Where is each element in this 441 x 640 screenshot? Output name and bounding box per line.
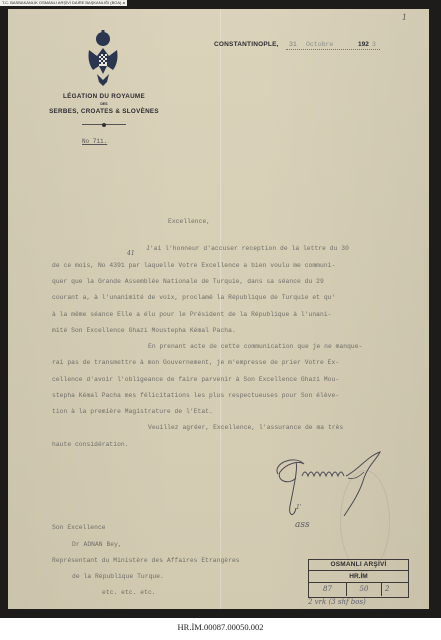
body-line: à la même séance Elle a élu pour le Prés… bbox=[52, 311, 332, 318]
fold-line bbox=[220, 9, 221, 609]
closing-line: Veuillez agréer, Excellence, l'assurance… bbox=[148, 424, 343, 431]
body-line: stepha Kémal Pacha mes félicitations les… bbox=[52, 392, 339, 399]
archive-stamp-cell: 2 bbox=[382, 583, 408, 596]
addressee-line: Son Excellence bbox=[52, 524, 106, 531]
date-year-suffix: 3 bbox=[372, 41, 376, 48]
document-caption: HR.İM.00087.00050.002 bbox=[0, 622, 441, 632]
addressee-line: etc. etc. etc. bbox=[102, 589, 156, 596]
archive-stamp-cells: 87 50 2 bbox=[309, 583, 408, 596]
date-dotted-line bbox=[286, 49, 380, 50]
body-line: quer que la Grande Assemblée Nationale d… bbox=[52, 278, 324, 285]
archive-banner: T.C. BASBAKANLIK OSMANLI ARŞİVİ DAİRE BA… bbox=[0, 0, 127, 6]
body-line: En prenant acte de cette communication q… bbox=[148, 343, 362, 350]
margin-note: 1' bbox=[296, 504, 301, 511]
archive-stamp-cell: 87 bbox=[309, 583, 347, 596]
dateline-place: CONSTANTINOPLE, bbox=[214, 41, 279, 48]
body-line: rai pas de transmettre à mon Gouvernemen… bbox=[52, 359, 339, 366]
archive-stamp-title: OSMANLI ARŞİVİ bbox=[309, 560, 408, 571]
margin-note: ass bbox=[295, 520, 310, 530]
body-line: de ce mois, No 4391 par laquelle Votre E… bbox=[52, 262, 335, 269]
archive-stamp-cell: 50 bbox=[347, 583, 382, 596]
body-line: tion à la première Magistrature de l'Eta… bbox=[52, 408, 213, 415]
ornament-dot bbox=[102, 123, 106, 127]
royal-crest-icon bbox=[85, 30, 121, 88]
body-line: cellence d'avoir l'obligeance de faire p… bbox=[52, 376, 339, 383]
salutation: Excellence, bbox=[168, 218, 210, 225]
archive-stamp: OSMANLI ARŞİVİ HR.İM 87 50 2 bbox=[308, 559, 409, 598]
addressee-line: de la République Turque. bbox=[72, 573, 164, 580]
date-day: 31 bbox=[289, 41, 297, 48]
legation-country: SERBES, CROATES & SLOVÈNES bbox=[20, 108, 188, 115]
date-month: Octobre bbox=[306, 41, 333, 48]
closing-line: haute considération. bbox=[52, 441, 129, 448]
addressee-line: Représentant du Ministère des Affaires E… bbox=[52, 557, 240, 564]
legation-title: LÉGATION DU ROYAUME bbox=[42, 93, 166, 100]
date-year: 192 bbox=[358, 41, 369, 48]
body-line: mité Son Excellence Ghazi Moustepha Kéma… bbox=[52, 327, 236, 334]
page-number: 1 bbox=[402, 12, 407, 22]
body-line: courant a, à l'unanimité de voix, procla… bbox=[52, 294, 335, 301]
archive-stamp-note: 2 vrk (3 shf bos) bbox=[308, 598, 366, 606]
archive-stamp-fond: HR.İM bbox=[309, 571, 408, 583]
addressee-name: Dr ADNAN Bey, bbox=[72, 541, 122, 548]
body-line: J'ai l'honneur d'accuser reception de la… bbox=[146, 245, 349, 252]
handwritten-number-annotation: 41 bbox=[127, 250, 135, 257]
faded-seal-outline bbox=[340, 470, 390, 572]
legation-des: DES bbox=[42, 102, 166, 106]
reference-number: No 711. bbox=[82, 138, 107, 145]
